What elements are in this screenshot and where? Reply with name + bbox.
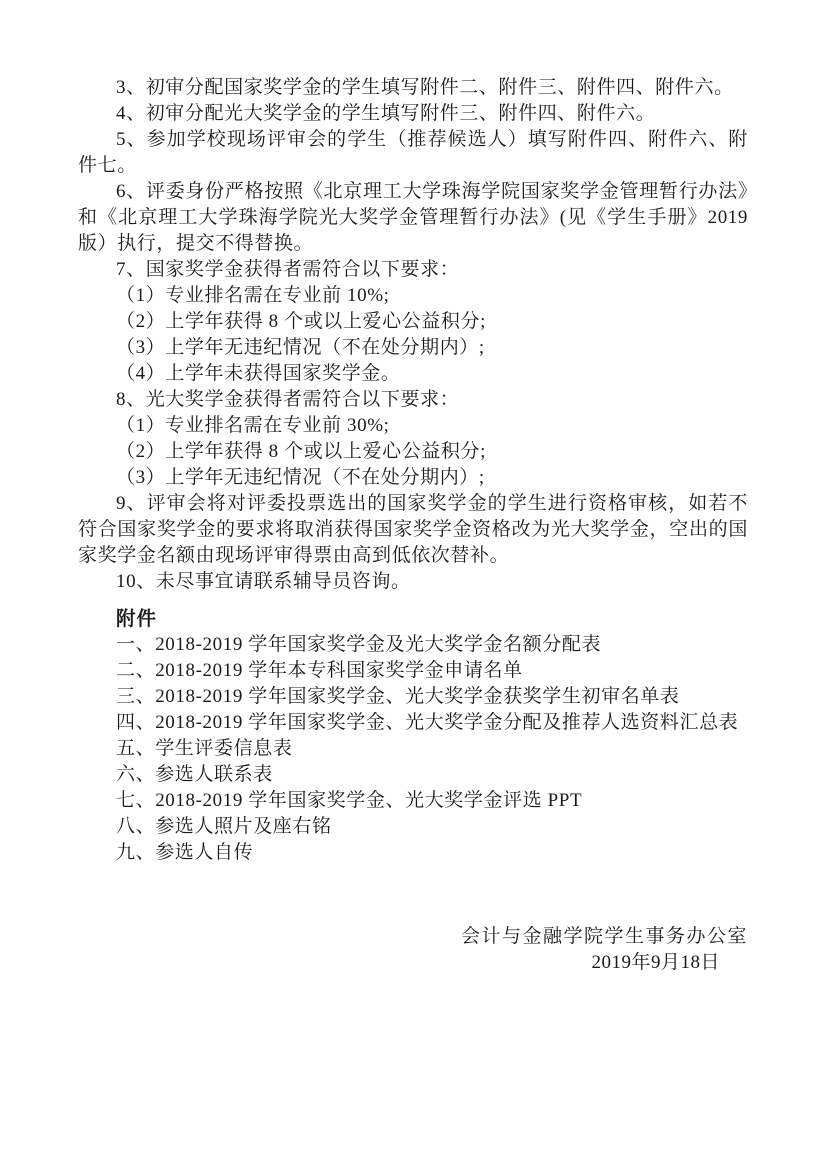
body-paragraph: 8、光大奖学金获得者需符合以下要求： bbox=[78, 387, 748, 413]
body-paragraph: 5、参加学校现场评审会的学生（推荐候选人）填写附件四、附件六、附件七。 bbox=[78, 127, 748, 179]
signature-block: 会计与金融学院学生事务办公室 2019年9月18日 bbox=[78, 924, 748, 976]
attachment-item: 二、2018-2019 学年本专科国家奖学金申请名单 bbox=[116, 658, 748, 684]
body-paragraph: （1）专业排名需在专业前 10%; bbox=[78, 283, 748, 309]
attachment-item: 八、参选人照片及座右铭 bbox=[116, 814, 748, 840]
attachment-item: 四、2018-2019 学年国家奖学金、光大奖学金分配及推荐人选资料汇总表 bbox=[116, 710, 748, 736]
body-paragraph: 3、初审分配国家奖学金的学生填写附件二、附件三、附件四、附件六。 bbox=[78, 75, 748, 101]
body-paragraph: （1）专业排名需在专业前 30%; bbox=[78, 413, 748, 439]
signature-org: 会计与金融学院学生事务办公室 bbox=[78, 924, 748, 950]
attachment-item: 一、2018-2019 学年国家奖学金及光大奖学金名额分配表 bbox=[116, 632, 748, 658]
attachment-item: 五、学生评委信息表 bbox=[116, 736, 748, 762]
body-paragraph: （4）上学年未获得国家奖学金。 bbox=[78, 361, 748, 387]
attachments-list: 一、2018-2019 学年国家奖学金及光大奖学金名额分配表 二、2018-20… bbox=[78, 632, 748, 866]
signature-date: 2019年9月18日 bbox=[78, 950, 748, 976]
body-paragraph: 10、未尽事宜请联系辅导员咨询。 bbox=[78, 569, 748, 595]
body-paragraph: （2）上学年获得 8 个或以上爱心公益积分; bbox=[78, 309, 748, 335]
notice-content: 3、初审分配国家奖学金的学生填写附件二、附件三、附件四、附件六。 4、初审分配光… bbox=[78, 75, 748, 976]
attachment-item: 三、2018-2019 学年国家奖学金、光大奖学金获奖学生初审名单表 bbox=[116, 684, 748, 710]
attachments-heading: 附件 bbox=[116, 606, 748, 632]
notice-body: 3、初审分配国家奖学金的学生填写附件二、附件三、附件四、附件六。 4、初审分配光… bbox=[78, 75, 748, 595]
document-page: 3、初审分配国家奖学金的学生填写附件二、附件三、附件四、附件六。 4、初审分配光… bbox=[0, 0, 827, 1169]
attachment-item: 九、参选人自传 bbox=[116, 840, 748, 866]
body-paragraph: 9、评审会将对评委投票选出的国家奖学金的学生进行资格审核，如若不符合国家奖学金的… bbox=[78, 491, 748, 569]
body-paragraph: 4、初审分配光大奖学金的学生填写附件三、附件四、附件六。 bbox=[78, 101, 748, 127]
attachment-item: 七、2018-2019 学年国家奖学金、光大奖学金评选 PPT bbox=[116, 788, 748, 814]
body-paragraph: 7、国家奖学金获得者需符合以下要求： bbox=[78, 257, 748, 283]
attachment-item: 六、参选人联系表 bbox=[116, 762, 748, 788]
body-paragraph: （2）上学年获得 8 个或以上爱心公益积分; bbox=[78, 439, 748, 465]
body-paragraph: （3）上学年无违纪情况（不在处分期内）; bbox=[78, 335, 748, 361]
body-paragraph: （3）上学年无违纪情况（不在处分期内）; bbox=[78, 465, 748, 491]
body-paragraph: 6、评委身份严格按照《北京理工大学珠海学院国家奖学金管理暂行办法》和《北京理工大… bbox=[78, 179, 748, 257]
